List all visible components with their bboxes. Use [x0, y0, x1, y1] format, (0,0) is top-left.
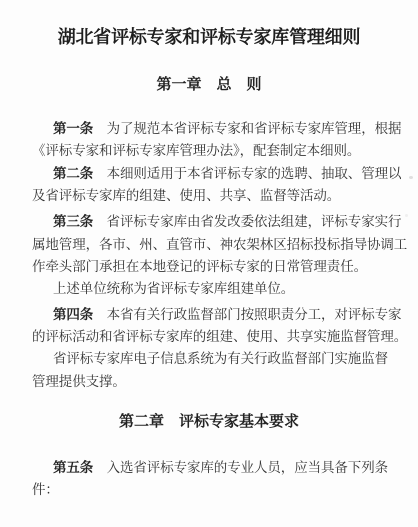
- chapter-2-body: 第五条 入选省评标专家库的专业人员，应当具备下列条 件：: [32, 457, 414, 502]
- scan-artifact-speck: [405, 214, 408, 217]
- body-line: 第五条 入选省评标专家库的专业人员，应当具备下列条: [32, 457, 414, 479]
- body-line: 第三条 省评标专家库由省发改委依法组建，评标专家实行: [32, 211, 414, 233]
- body-line: 第二条 本细则适用于本省评标专家的选聘、抽取、管理以: [32, 163, 414, 185]
- article-number: 第三条: [53, 214, 93, 229]
- chapter-1-body: 第一条 为了规范本省评标专家和省评标专家库管理，根据 《评标专家和评标专家库管理…: [32, 118, 414, 393]
- chapter-2-heading: 第二章 评标专家基本要求: [0, 412, 418, 432]
- article-number: 第二条: [53, 166, 93, 181]
- body-text: 的评标活动和省评标专家库的组建、使用、共享实施监督管理。: [32, 329, 407, 344]
- body-text: 本省有关行政监督部门按照职责分工，对评标专家: [93, 307, 401, 322]
- body-line: 《评标专家和评标专家库管理办法》，配套制定本细则。: [32, 140, 414, 162]
- body-text: 及省评标专家库的组建、使用、共享、监督等活动。: [32, 188, 340, 203]
- article-number: 第五条: [53, 460, 93, 475]
- chapter-1-heading: 第一章 总 则: [0, 75, 418, 95]
- body-text: 属地管理，各市、州、直管市、神农架林区招标投标指导协调工: [32, 237, 407, 252]
- body-text: 上述单位统称为省评标专家库组建单位。: [53, 281, 294, 296]
- body-line: 第四条 本省有关行政监督部门按照职责分工，对评标专家: [32, 304, 414, 326]
- body-line: 及省评标专家库的组建、使用、共享、监督等活动。: [32, 185, 414, 207]
- scan-artifact-speck: [409, 176, 413, 179]
- body-line: 件：: [32, 479, 414, 501]
- body-line: 作牵头部门承担在本地登记的评标专家的日常管理责任。: [32, 256, 414, 278]
- body-line: 属地管理，各市、州、直管市、神农架林区招标投标指导协调工: [32, 234, 414, 256]
- body-text: 省评标专家库由省发改委依法组建，评标专家实行: [93, 214, 401, 229]
- body-text: 管理提供支撑。: [32, 374, 126, 389]
- body-text: 省评标专家库电子信息系统为有关行政监督部门实施监督: [53, 351, 388, 366]
- body-line: 管理提供支撑。: [32, 371, 414, 393]
- body-text: 入选省评标专家库的专业人员，应当具备下列条: [93, 460, 388, 475]
- body-line: 省评标专家库电子信息系统为有关行政监督部门实施监督: [32, 348, 414, 370]
- body-line: 第一条 为了规范本省评标专家和省评标专家库管理，根据: [32, 118, 414, 140]
- body-text: 件：: [32, 482, 59, 497]
- document-title: 湖北省评标专家和评标专家库管理细则: [0, 24, 418, 50]
- body-text: 《评标专家和评标专家库管理办法》，配套制定本细则。: [32, 143, 360, 158]
- body-text: 作牵头部门承担在本地登记的评标专家的日常管理责任。: [32, 259, 367, 274]
- body-line: 上述单位统称为省评标专家库组建单位。: [32, 278, 414, 300]
- article-number: 第四条: [53, 307, 93, 322]
- article-number: 第一条: [53, 121, 93, 136]
- body-text: 本细则适用于本省评标专家的选聘、抽取、管理以: [93, 166, 401, 181]
- body-text: 为了规范本省评标专家和省评标专家库管理，根据: [93, 121, 401, 136]
- scanned-document-page: 湖北省评标专家和评标专家库管理细则 第一章 总 则 第一条 为了规范本省评标专家…: [0, 0, 418, 527]
- body-line: 的评标活动和省评标专家库的组建、使用、共享实施监督管理。: [32, 326, 414, 348]
